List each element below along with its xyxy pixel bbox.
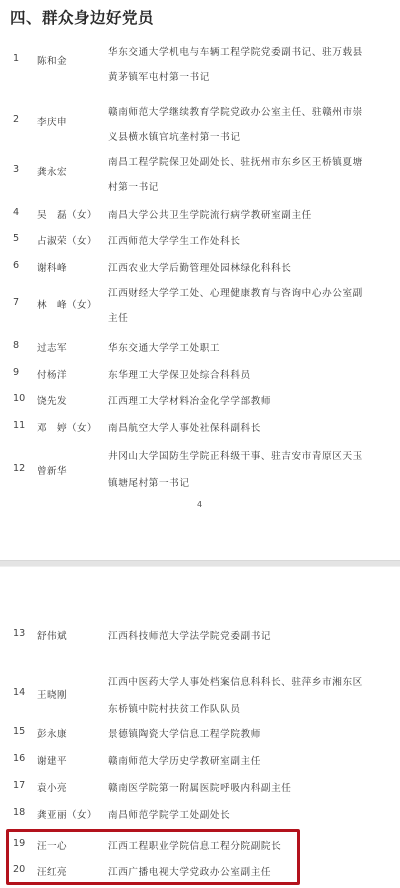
entry-number: 14 (13, 687, 25, 698)
entry-description: 赣南医学院第一附属医院呼吸内科副主任 (108, 780, 393, 794)
entry-description: 南昌大学公共卫生学院流行病学教研室副主任 (108, 207, 393, 221)
entry-number: 13 (13, 628, 25, 639)
entry-name: 谢科峰 (37, 260, 67, 274)
entry-name: 彭永康 (37, 726, 67, 740)
entry-name: 过志军 (37, 340, 67, 354)
entry-description: 华东交通大学机电与车辆工程学院党委副书记、驻万载县 黄茅镇军屯村第一书记 (108, 44, 393, 83)
entry-name: 付杨洋 (37, 367, 67, 381)
entry-name: 龚亚丽（女） (37, 807, 97, 821)
entry-number: 12 (13, 463, 25, 474)
entry-number: 11 (13, 420, 25, 431)
document-page-1: 四、群众身边好党员 1 陈和金 华东交通大学机电与车辆工程学院党委副书记、驻万载… (0, 0, 400, 558)
entry-description: 江西农业大学后勤管理处园林绿化科科长 (108, 260, 393, 274)
entry-description: 江西理工大学材料冶金化学学部教师 (108, 393, 393, 407)
entry-name: 袁小亮 (37, 780, 67, 794)
entry-name: 邓 婷（女） (37, 420, 97, 434)
entry-number: 5 (13, 233, 19, 244)
entry-number: 2 (13, 114, 19, 125)
entry-number: 8 (13, 340, 19, 351)
entry-name: 陈和金 (37, 53, 67, 67)
entry-description: 南昌师范学院学工处副处长 (108, 807, 393, 821)
entry-description: 东华理工大学保卫处综合科科员 (108, 367, 393, 381)
entry-number: 4 (13, 207, 19, 218)
entry-description: 南昌航空大学人事处社保科副科长 (108, 420, 393, 434)
entry-number: 16 (13, 753, 25, 764)
entry-number: 17 (13, 780, 25, 791)
entry-description: 江西科技师范大学法学院党委副书记 (108, 628, 393, 642)
entry-description: 景德镇陶瓷大学信息工程学院教师 (108, 726, 393, 740)
entry-name: 王晓刚 (37, 687, 67, 701)
entry-description: 赣南师范大学继续教育学院党政办公室主任、驻赣州市崇 义县横水镇官坑垄村第一书记 (108, 104, 393, 143)
entry-name: 舒伟斌 (37, 628, 67, 642)
entry-number: 1 (13, 53, 19, 64)
entry-number: 3 (13, 164, 19, 175)
entry-description: 华东交通大学学工处职工 (108, 340, 393, 354)
entry-description: 江西师范大学学生工作处科长 (108, 233, 393, 247)
entry-name: 饶先发 (37, 393, 67, 407)
entry-description: 江西财经大学学工处、心理健康教育与咨询中心办公室副 主任 (108, 285, 393, 324)
entry-name: 林 峰（女） (37, 297, 97, 311)
entry-name: 谢建平 (37, 753, 67, 767)
entry-name: 占淑荣（女） (37, 233, 97, 247)
entry-number: 18 (13, 807, 25, 818)
entry-number: 6 (13, 260, 19, 271)
entry-name: 龚永宏 (37, 164, 67, 178)
entry-description: 南昌工程学院保卫处副处长、驻抚州市东乡区王桥镇夏塘 村第一书记 (108, 154, 393, 193)
entry-number: 9 (13, 367, 19, 378)
entry-number: 7 (13, 297, 19, 308)
entry-name: 曾新华 (37, 463, 67, 477)
page-number: 4 (197, 500, 202, 509)
section-title: 四、群众身边好党员 (10, 6, 154, 28)
entry-description: 江西中医药大学人事处档案信息科科长、驻萍乡市湘东区 东桥镇中院村扶贫工作队队员 (108, 674, 393, 715)
entry-name: 李庆申 (37, 114, 67, 128)
entry-number: 15 (13, 726, 25, 737)
entry-number: 10 (13, 393, 25, 404)
entry-description: 井冈山大学国防生学院正科级干事、驻吉安市青原区天玉 镇塘尾村第一书记 (108, 448, 393, 489)
entry-name: 吴 磊（女） (37, 207, 97, 221)
highlight-box (6, 829, 300, 885)
entry-description: 赣南师范大学历史学教研室副主任 (108, 753, 393, 767)
page-separator (0, 560, 400, 567)
